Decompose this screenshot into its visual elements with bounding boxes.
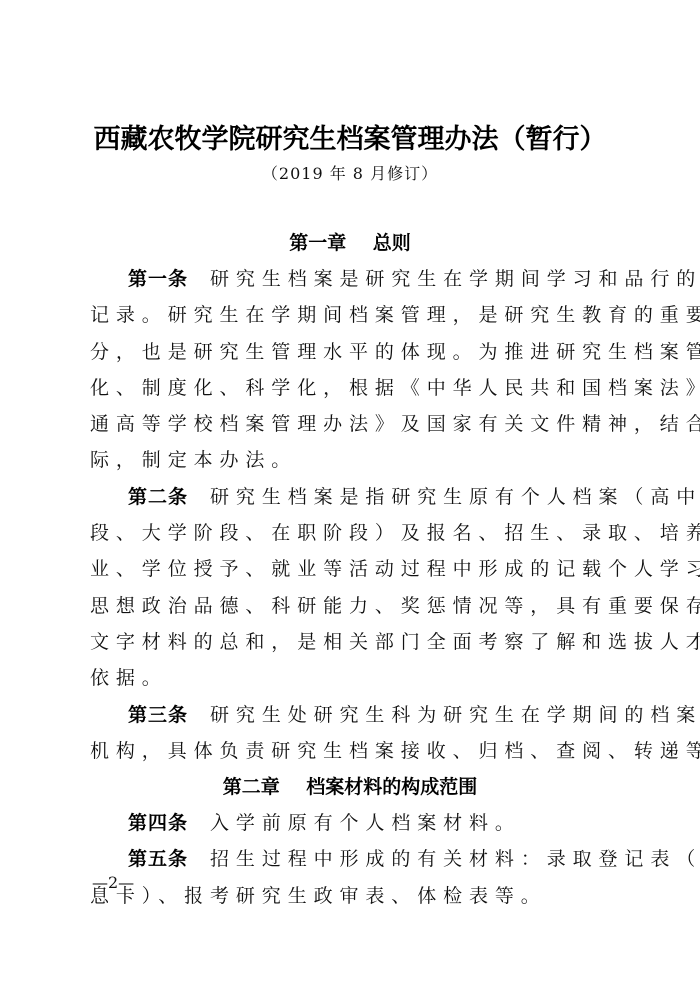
article-line: 通高等学校档案管理办法》及国家有关文件精神，结合我校实 — [90, 406, 610, 442]
article-line: 记录。研究生在学期间档案管理，是研究生教育的重要组成部 — [90, 297, 610, 333]
article-line: 段、大学阶段、在职阶段）及报名、招生、录取、培养、毕 — [90, 515, 610, 551]
article-line: 际，制定本办法。 — [90, 442, 610, 478]
article-line: 化、制度化、科学化，根据《中华人民共和国档案法》、《普 — [90, 370, 610, 406]
article-line: 分，也是研究生管理水平的体现。为推进研究生档案管理规范 — [90, 334, 610, 370]
article-text: 研究生处研究生科为研究生在学期间的档案管理 — [210, 704, 700, 726]
article-text: 招生过程中形成的有关材料：录取登记表（或信 — [210, 848, 700, 870]
article-line: 业、学位授予、就业等活动过程中形成的记载个人学习情况、 — [90, 551, 610, 587]
document-subtitle: （2019 年 8 月修订） — [0, 163, 700, 185]
article-label: 第一条 — [128, 268, 188, 290]
article-2: 第二条研究生档案是指研究生原有个人档案（高中阶 段、大学阶段、在职阶段）及报名、… — [90, 479, 610, 697]
article-label: 第二条 — [128, 486, 188, 508]
article-line: 依据。 — [90, 660, 610, 696]
document-page: 西藏农牧学院研究生档案管理办法（暂行） （2019 年 8 月修订） 第一章 总… — [0, 0, 700, 989]
article-4: 第四条入学前原有个人档案材料。 — [90, 805, 610, 841]
article-text: 入学前原有个人档案材料。 — [210, 812, 521, 834]
chapter-heading: 第一章 总则 — [90, 225, 610, 261]
document-title: 西藏农牧学院研究生档案管理办法（暂行） — [0, 120, 700, 160]
article-line: 第三条研究生处研究生科为研究生在学期间的档案管理 — [90, 697, 610, 733]
article-line: 机构，具体负责研究生档案接收、归档、查阅、转递等工作。 — [90, 733, 610, 769]
article-line: 思想政治品德、科研能力、奖惩情况等，具有重要保存价值的 — [90, 588, 610, 624]
article-line: 第一条研究生档案是研究生在学期间学习和品行的重要 — [90, 261, 610, 297]
chapter-1-section: 第一章 总则 第一条研究生档案是研究生在学期间学习和品行的重要 记录。研究生在学… — [90, 225, 610, 914]
chapter-heading: 第二章 档案材料的构成范围 — [90, 769, 610, 805]
article-line: 文字材料的总和，是相关部门全面考察了解和选拔人才的重要 — [90, 624, 610, 660]
article-line: 第四条入学前原有个人档案材料。 — [90, 805, 610, 841]
article-text: 研究生档案是指研究生原有个人档案（高中阶 — [210, 486, 700, 508]
article-text: 研究生档案是研究生在学期间学习和品行的重要 — [210, 268, 700, 290]
article-5: 第五条招生过程中形成的有关材料：录取登记表（或信 息卡）、报考研究生政审表、体检… — [90, 841, 610, 914]
article-label: 第四条 — [128, 812, 188, 834]
article-line: 第五条招生过程中形成的有关材料：录取登记表（或信 — [90, 841, 610, 877]
article-line: 第二条研究生档案是指研究生原有个人档案（高中阶 — [90, 479, 610, 515]
article-line: 息卡）、报考研究生政审表、体检表等。 — [90, 878, 610, 914]
article-1: 第一条研究生档案是研究生在学期间学习和品行的重要 记录。研究生在学期间档案管理，… — [90, 261, 610, 479]
article-label: 第三条 — [128, 704, 188, 726]
article-3: 第三条研究生处研究生科为研究生在学期间的档案管理 机构，具体负责研究生档案接收、… — [90, 697, 610, 770]
page-number: —2— — [92, 873, 134, 893]
article-label: 第五条 — [128, 848, 188, 870]
